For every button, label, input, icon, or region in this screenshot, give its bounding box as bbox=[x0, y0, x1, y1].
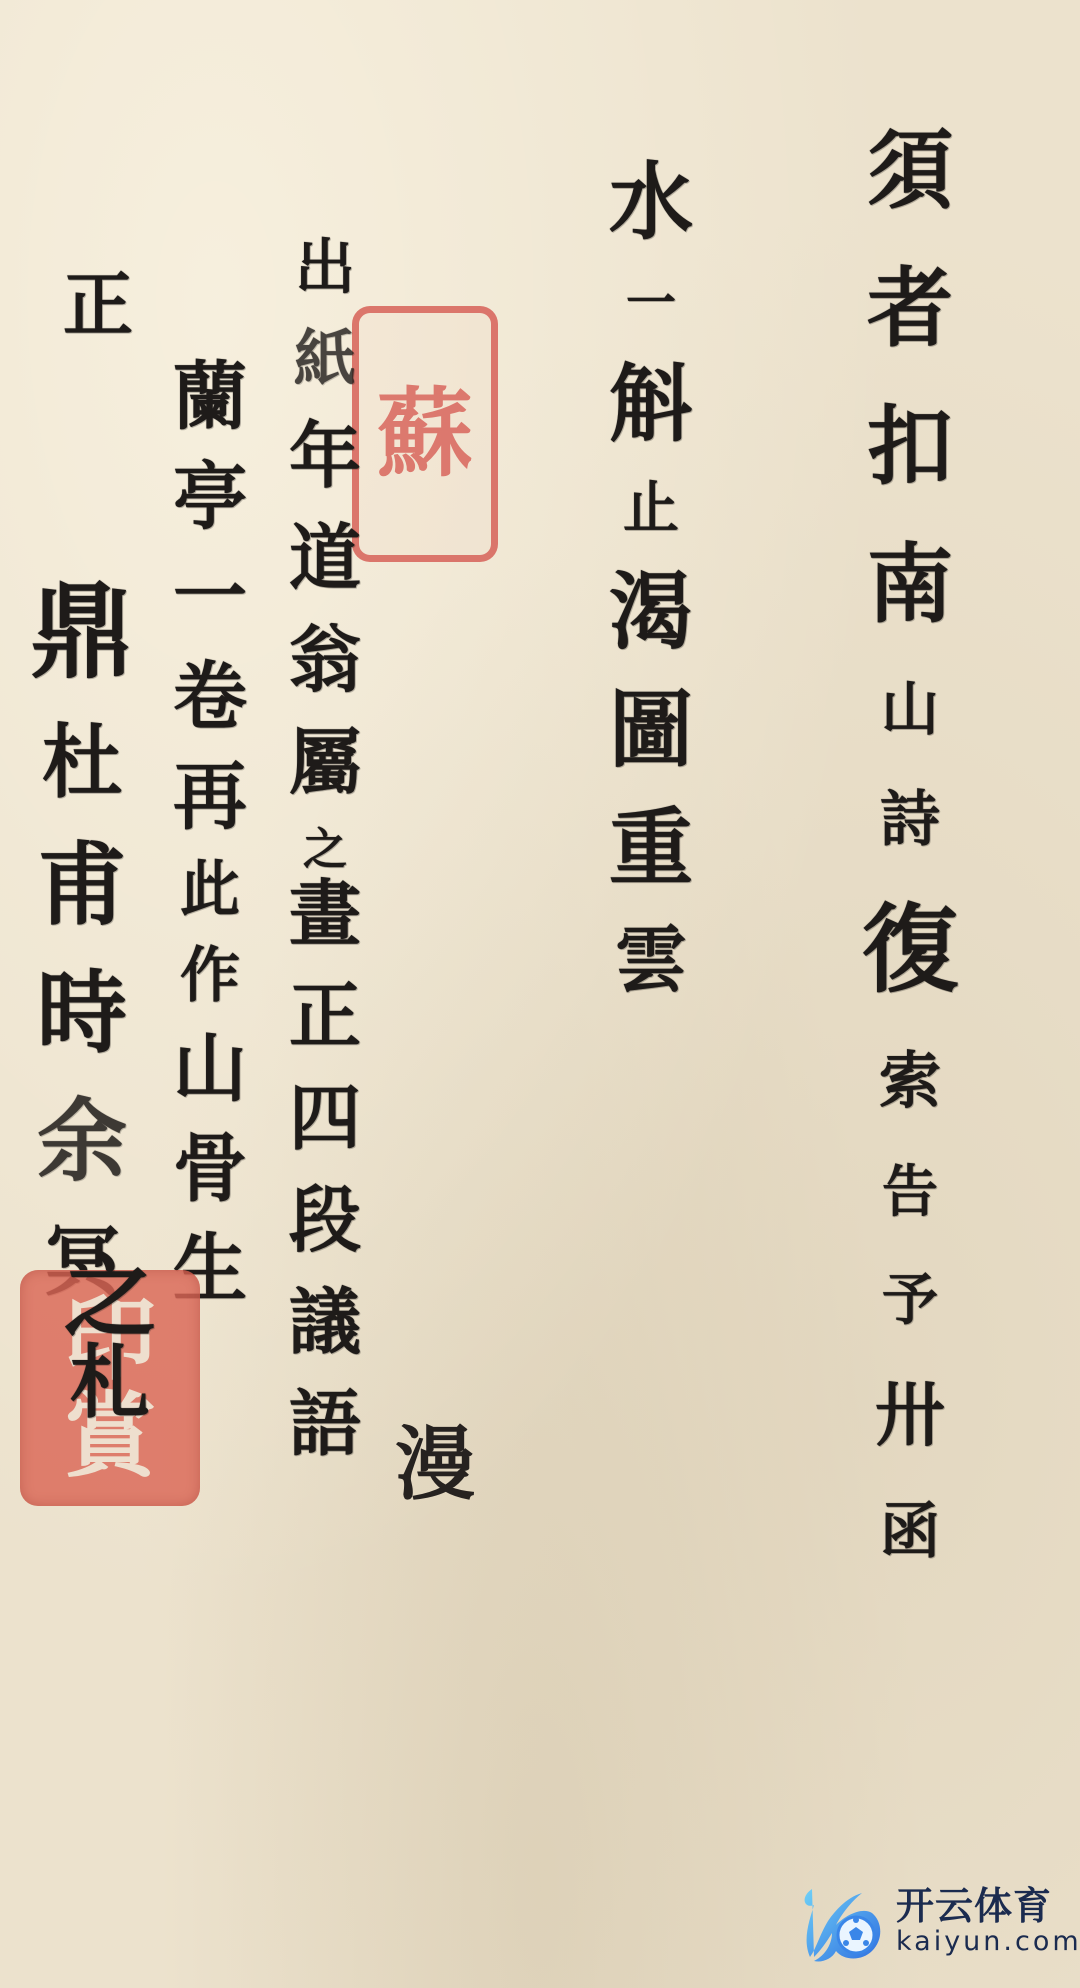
char: 止 bbox=[623, 480, 679, 536]
kaiyun-logo-icon bbox=[792, 1879, 890, 1965]
char: 告 bbox=[882, 1164, 938, 1220]
char: 四 bbox=[289, 1082, 361, 1154]
char: 此 bbox=[180, 860, 240, 920]
char: 之 bbox=[303, 828, 347, 872]
char: 正 bbox=[63, 270, 133, 340]
char: 年 bbox=[289, 420, 361, 492]
char: 水 bbox=[609, 160, 693, 244]
char: 索 bbox=[879, 1050, 941, 1112]
char: 紙 bbox=[294, 328, 356, 390]
char: 甫 bbox=[37, 840, 127, 930]
char: 蘭 bbox=[173, 360, 247, 434]
char: 一 bbox=[173, 560, 247, 634]
char: 詩 bbox=[880, 790, 940, 850]
char: 之 bbox=[64, 1250, 156, 1342]
char: 南 bbox=[867, 542, 953, 628]
char: 卅 bbox=[875, 1380, 945, 1450]
char: 翁 bbox=[289, 624, 361, 696]
char: 余 bbox=[37, 1096, 127, 1186]
char: 再 bbox=[173, 760, 247, 834]
char: 重 bbox=[609, 806, 693, 890]
char: 者 bbox=[867, 266, 953, 352]
char: 渴 bbox=[609, 570, 693, 654]
calligraphy-column-5-top: 正 bbox=[58, 270, 138, 340]
calligraphy-column-3: 出 紙 年 道 翁 屬 之 畫 正 四 段 議 語 bbox=[275, 238, 375, 1490]
char: 札 bbox=[70, 1342, 150, 1422]
char: 作 bbox=[180, 946, 240, 1006]
char: 亭 bbox=[173, 460, 247, 534]
char: 道 bbox=[289, 522, 361, 594]
char: 復 bbox=[862, 902, 958, 998]
calligraphy-signature-overlap: 之 札 bbox=[40, 1250, 180, 1422]
char: 骨 bbox=[173, 1132, 247, 1206]
calligraphy-column-5: 鼎 杜 甫 時 余 冥 bbox=[22, 580, 142, 1300]
char: 畫 bbox=[289, 878, 361, 950]
char: 斛 bbox=[609, 362, 693, 446]
char: 卷 bbox=[173, 660, 247, 734]
calligraphy-char-side: 漫 bbox=[395, 1400, 475, 1515]
calligraphy-column-4: 蘭 亭 一 卷 再 此 作 山 骨 生 bbox=[158, 360, 262, 1332]
calligraphy-column-2: 水 一 斛 止 渴 圖 重 雲 bbox=[596, 160, 706, 1030]
char: 山 bbox=[881, 680, 939, 738]
char: 語 bbox=[289, 1388, 361, 1460]
char: 段 bbox=[289, 1184, 361, 1256]
char: 鼎 bbox=[30, 580, 134, 684]
calligraphy-column-1: 須 者 扣 南 山 詩 復 索 告 予 卅 函 bbox=[855, 128, 965, 1614]
watermark-name-en: kaiyun.com bbox=[896, 1927, 1080, 1957]
char: 杜 bbox=[42, 722, 122, 802]
char: 山 bbox=[173, 1032, 247, 1106]
char: 扣 bbox=[867, 404, 953, 490]
paper-background: 須 者 扣 南 山 詩 復 索 告 予 卅 函 水 一 斛 止 渴 圖 重 雲 … bbox=[0, 0, 1080, 1988]
char: 議 bbox=[289, 1286, 361, 1358]
char: 函 bbox=[880, 1502, 940, 1562]
char: 出 bbox=[295, 238, 355, 298]
char: 雲 bbox=[615, 924, 687, 996]
watermark-name-cn: 开云体育 bbox=[896, 1887, 1080, 1927]
char: 圖 bbox=[609, 688, 693, 772]
char: 一 bbox=[626, 278, 676, 328]
seal-char: 蘇 bbox=[377, 386, 473, 482]
watermark-logo: 开云体育 kaiyun.com bbox=[792, 1878, 1068, 1966]
char: 屬 bbox=[289, 726, 361, 798]
char: 予 bbox=[882, 1272, 938, 1328]
char: 須 bbox=[867, 128, 953, 214]
char: 時 bbox=[37, 968, 127, 1058]
char: 正 bbox=[289, 980, 361, 1052]
